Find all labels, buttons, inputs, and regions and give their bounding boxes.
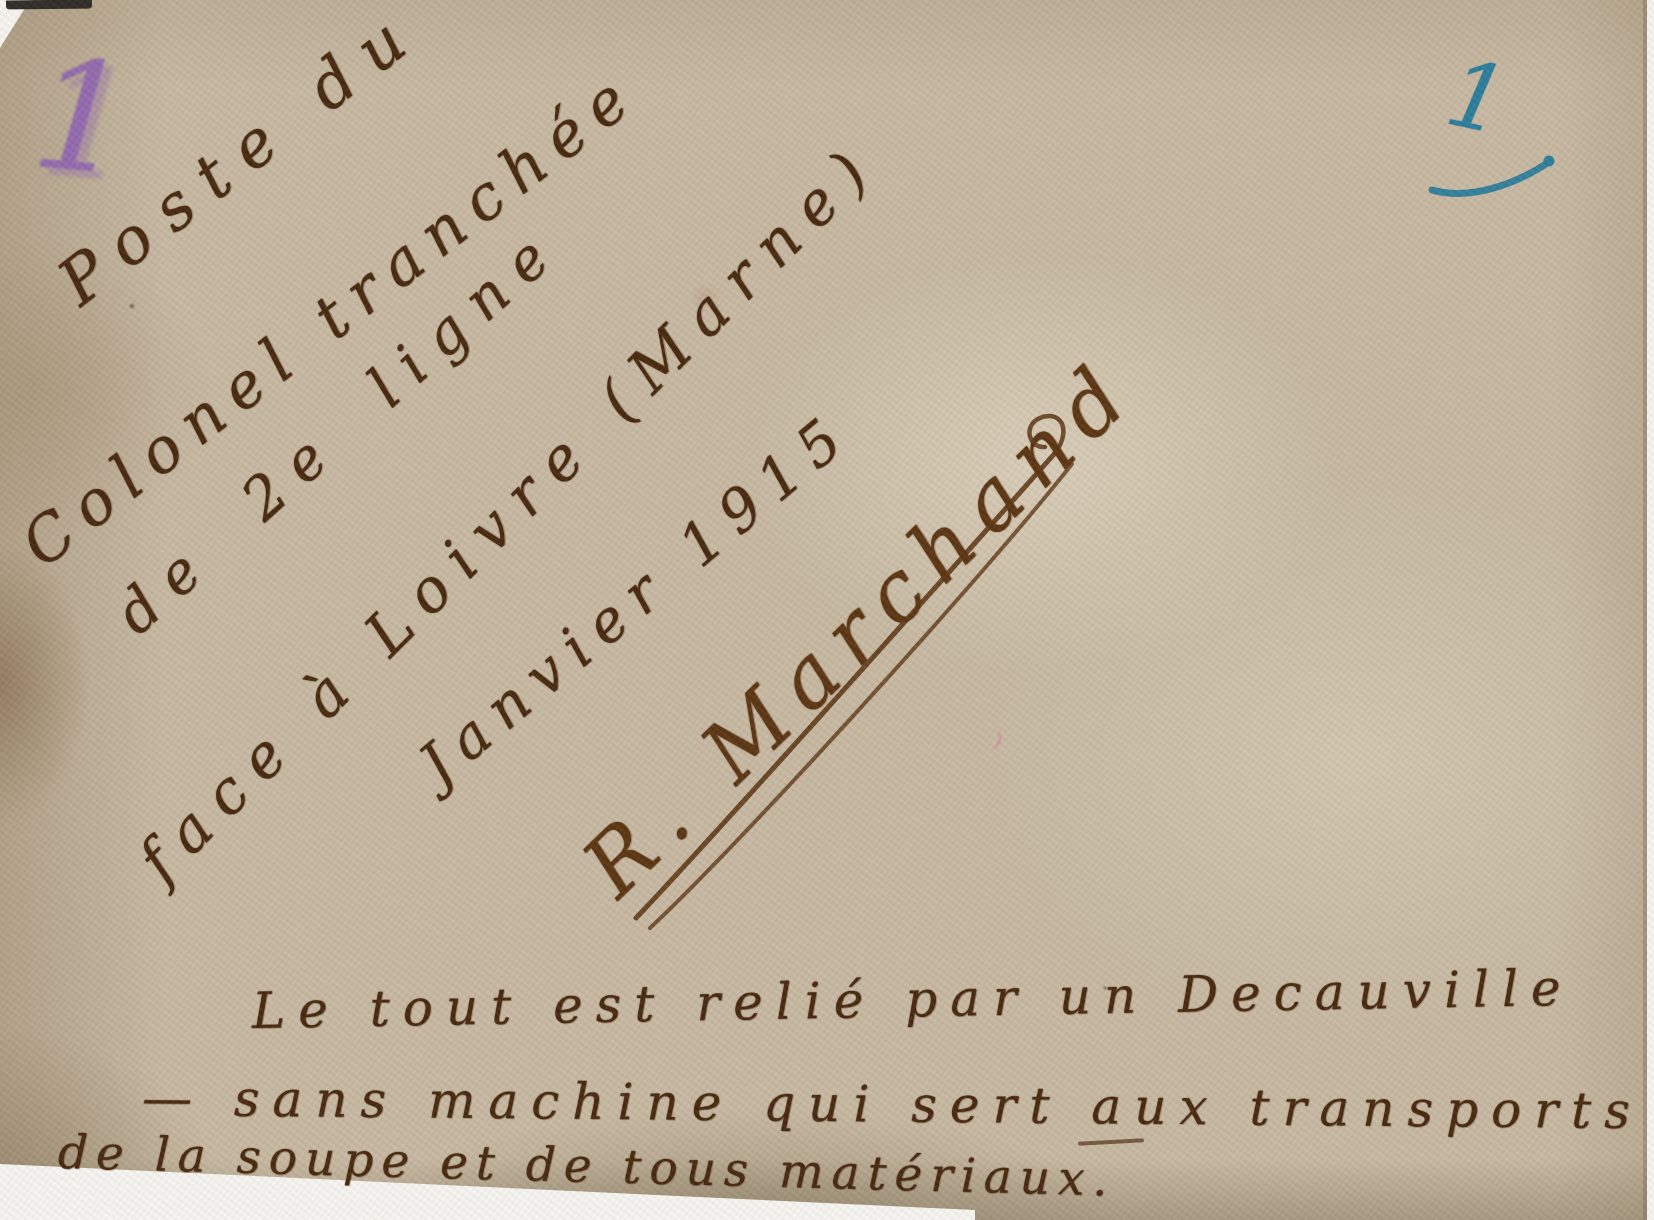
scanned-photo-verso: 1 1 Poste du Colonel tranchée de 2e lign… — [0, 0, 1654, 1220]
caption-line-2: — sans machine qui sert aux transports — [142, 1072, 1643, 1138]
photo-edge-shadow-right — [1643, 0, 1647, 1220]
scan-backing-right-strip — [1647, 0, 1654, 1220]
photo-edge-shadow-top — [6, 0, 92, 9]
purple-pencil-number: 1 — [27, 38, 137, 198]
